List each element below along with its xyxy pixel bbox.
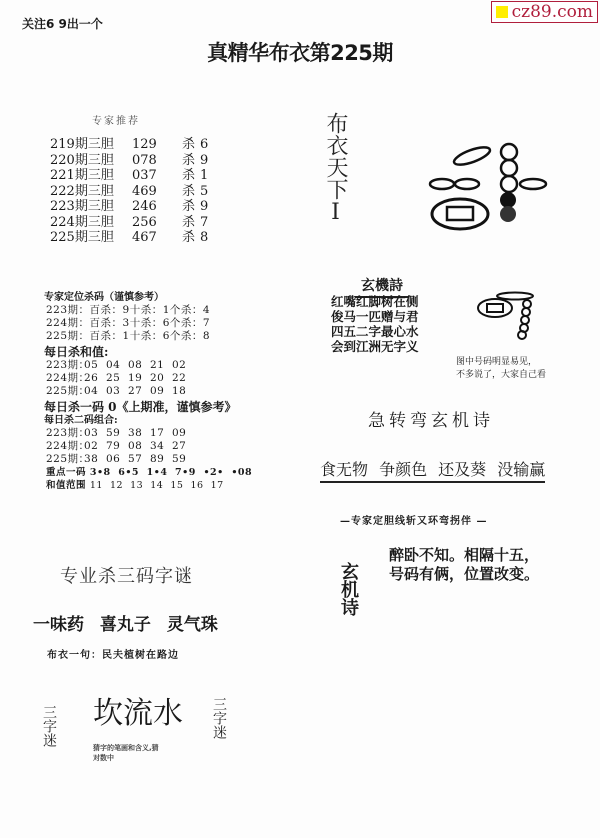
three-dan-header: 专家推荐 [92, 112, 140, 127]
dan: 246 [132, 199, 182, 215]
value: 05 [84, 359, 106, 372]
position-kill-header: 专家定位杀码（谨慎参考） [44, 291, 252, 304]
period: 225期三胆 [50, 230, 132, 246]
value: 27 [128, 385, 150, 398]
value: 04 [84, 385, 106, 398]
key-code-row: 重点一码 3•8 6•5 1•4 7•9 •2• •08 [44, 466, 252, 479]
sum-kill-row: 225期：0403270918 [44, 385, 252, 398]
value: 03 [84, 427, 106, 440]
value: 26 [84, 372, 106, 385]
value: 38 [84, 453, 106, 466]
value: 04 [106, 359, 128, 372]
dan: 078 [132, 153, 182, 169]
key-code-label: 重点一码 [46, 467, 86, 478]
key-code-values: 3•8 6•5 1•4 7•9 •2• •08 [90, 467, 252, 478]
xuanji-poem: 醉卧不知。相隔十五， 号码有俩，位置改变。 [389, 546, 539, 584]
kill-label: 杀 [182, 215, 200, 231]
jizhuanwan-title: 急转弯玄机诗 [368, 406, 494, 431]
value: 09 [150, 385, 172, 398]
kill: 8 [200, 230, 208, 246]
poem-line: 会到江洲无字义 [331, 339, 419, 354]
row-label: 225期： [46, 453, 84, 466]
table-row: 223期三胆246杀9 [50, 199, 208, 215]
page-title: 真精华布衣第225期 [0, 37, 600, 67]
value: 18 [172, 385, 194, 398]
value: 59 [172, 453, 194, 466]
value: 02 [84, 440, 106, 453]
xuanji-line: 号码有俩，位置改变。 [389, 565, 539, 584]
period: 221期三胆 [50, 168, 132, 184]
sum-kill-header: 每日杀和值: [44, 346, 252, 359]
period: 220期三胆 [50, 153, 132, 169]
xuanji-line: 醉卧不知。相隔十五， [389, 546, 539, 565]
kill: 7 [200, 215, 208, 231]
buyi-title-text: 布衣天下 [323, 112, 348, 200]
table-row: 225期三胆467杀8 [50, 230, 208, 246]
row-label: 223期： [46, 427, 84, 440]
kill-label: 杀 [182, 199, 200, 215]
picture-note: 图中号码明显易见， 不多说了，大家自己看 [456, 356, 546, 382]
two-combo-header: 每日杀二码组合: [44, 414, 252, 427]
dan: 467 [132, 230, 182, 246]
two-combo-row: 225期：3806578959 [44, 453, 252, 466]
riddle-big-word: 坎流水 [93, 688, 183, 732]
table-row: 220期三胆078杀9 [50, 153, 208, 169]
dan: 256 [132, 215, 182, 231]
period: 219期三胆 [50, 137, 132, 153]
poem-line: 四五二字最心水 [331, 324, 419, 339]
picture-note-line: 图中号码明显易见， [456, 356, 546, 369]
logo-text: cz89.com [512, 2, 593, 22]
riddle-title: 专业杀三码字谜 [60, 562, 193, 588]
kill: 5 [200, 184, 208, 200]
coin-bead-figure-icon [475, 290, 545, 340]
site-logo[interactable]: cz89.com [491, 1, 598, 23]
kill: 9 [200, 199, 208, 215]
buyi-vertical-title: 布衣天下I [323, 112, 348, 225]
value: 03 [106, 385, 128, 398]
sum-kill-row: 223期：0504082102 [44, 359, 252, 372]
riddle-note: 猜字的笔画和含义,猜对数中 [93, 743, 163, 763]
logo-square-icon [496, 6, 508, 18]
sum-kill-row: 224期：2625192022 [44, 372, 252, 385]
row-label: 224期： [46, 372, 84, 385]
value: 17 [150, 427, 172, 440]
value: 08 [128, 440, 150, 453]
kill-label: 杀 [182, 184, 200, 200]
xuanji-vertical-title: 玄机诗 [334, 562, 362, 616]
value: 38 [128, 427, 150, 440]
bead-figure-icon [430, 140, 550, 235]
one-code-header: 每日杀一码 0《上期准，谨慎参考》 [44, 401, 252, 414]
riddle-left-vertical: 三字迷 [42, 705, 56, 747]
dan: 469 [132, 184, 182, 200]
poem-lines: 红嘴红脚树在侧 俊马一匹赠与君 四五二字最心水 会到江洲无字义 [331, 294, 419, 354]
kill-label: 杀 [182, 168, 200, 184]
expert-line: —专家定胆线斩又环弯拐伴 — [340, 512, 487, 527]
value: 57 [128, 453, 150, 466]
buyi-title-suffix: I [323, 200, 348, 225]
value: 08 [128, 359, 150, 372]
position-kill-row: 224期：百杀：3十杀：6个杀：7 [44, 317, 252, 330]
two-combo-row: 224期：0279083427 [44, 440, 252, 453]
kill: 6 [200, 137, 208, 153]
table-row: 224期三胆256杀7 [50, 215, 208, 231]
value: 89 [150, 453, 172, 466]
position-kill-row: 223期：百杀：9十杀：1个杀：4 [44, 304, 252, 317]
kill-blocks: 专家定位杀码（谨慎参考） 223期：百杀：9十杀：1个杀：4 224期：百杀：3… [44, 291, 252, 492]
table-row: 222期三胆469杀5 [50, 184, 208, 200]
picture-note-line: 不多说了，大家自己看 [456, 369, 546, 382]
table-row: 221期三胆037杀1 [50, 168, 208, 184]
notice-text: 关注6 9出一个 [22, 15, 103, 32]
kill: 1 [200, 168, 208, 184]
poem-line: 红嘴红脚树在侧 [331, 294, 419, 309]
position-kill-row: 225期：百杀：1十杀：6个杀：8 [44, 330, 252, 343]
sum-range-row: 和值范围 11 12 13 14 15 16 17 [44, 479, 252, 492]
value: 20 [150, 372, 172, 385]
value: 25 [106, 372, 128, 385]
poem-line: 俊马一匹赠与君 [331, 309, 419, 324]
value: 34 [150, 440, 172, 453]
value: 21 [150, 359, 172, 372]
three-dan-table: 219期三胆129杀6 220期三胆078杀9 221期三胆037杀1 222期… [50, 137, 208, 246]
row-label: 225期： [46, 385, 84, 398]
value: 19 [128, 372, 150, 385]
row-label: 224期： [46, 440, 84, 453]
value: 27 [172, 440, 194, 453]
riddle-right-vertical: 三字迷 [212, 697, 226, 739]
table-row: 219期三胆129杀6 [50, 137, 208, 153]
riddle-words: 一味药 喜丸子 灵气珠 [33, 610, 218, 635]
dan: 037 [132, 168, 182, 184]
value: 02 [172, 359, 194, 372]
period: 223期三胆 [50, 199, 132, 215]
dan: 129 [132, 137, 182, 153]
two-combo-row: 223期：0359381709 [44, 427, 252, 440]
period: 224期三胆 [50, 215, 132, 231]
value: 09 [172, 427, 194, 440]
value: 59 [106, 427, 128, 440]
period: 222期三胆 [50, 184, 132, 200]
value: 79 [106, 440, 128, 453]
value: 22 [172, 372, 194, 385]
kill-label: 杀 [182, 137, 200, 153]
kill-label: 杀 [182, 230, 200, 246]
sum-range-values: 11 12 13 14 15 16 17 [90, 480, 224, 491]
riddle-line: 布衣一句：民夫植树在路边 [47, 646, 179, 661]
sum-range-label: 和值范围 [46, 480, 86, 491]
kill-label: 杀 [182, 153, 200, 169]
kill: 9 [200, 153, 208, 169]
value: 06 [106, 453, 128, 466]
jizhuanwan-line: 食无物 争颜色 还及葵 没输赢 [320, 457, 545, 483]
row-label: 223期： [46, 359, 84, 372]
